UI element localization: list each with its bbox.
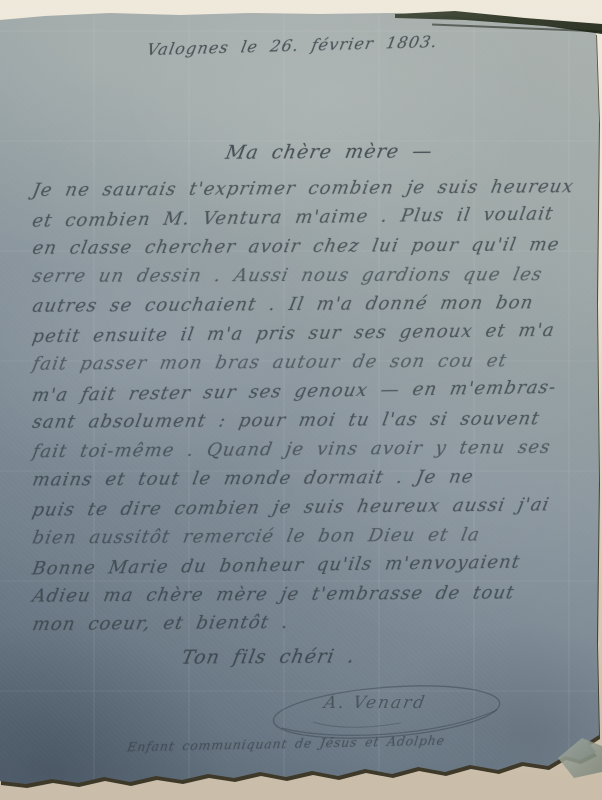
signature-underline <box>312 722 401 727</box>
body-line: Je ne saurais t'exprimer combien je suis… <box>31 176 576 201</box>
letter-paper: Valognes le 26. février 1803. Ma chère m… <box>0 0 602 800</box>
body-line: bien aussitôt remercié le bon Dieu et la <box>31 524 482 548</box>
body-line: Adieu ma chère mère je t'embrasse de tou… <box>31 582 517 606</box>
body-line: puis te dire combien je suis heureux aus… <box>30 494 551 520</box>
body-line: en classe chercher avoir chez lui pour q… <box>31 234 562 259</box>
body-line: autres se couchaient . Il m'a donné mon … <box>31 292 536 316</box>
body-line: mon coeur, et bientôt . <box>31 612 291 635</box>
body-line: serre un dessin . Aussi nous gardions qu… <box>31 264 545 287</box>
body-line: m'a fait rester sur ses genoux — en m'em… <box>30 377 558 406</box>
body-line: sant absolument : pour moi tu l'as si so… <box>31 408 542 433</box>
body-line: petit ensuite il m'a pris sur ses genoux… <box>31 320 557 347</box>
signature-paraph-stroke <box>280 710 496 735</box>
closing-valediction: Ton fils chéri . <box>180 645 357 668</box>
body-line: mains et tout le monde dormait . Je ne <box>31 466 476 490</box>
body-line: et combien M. Ventura m'aime . Plus il v… <box>31 203 556 231</box>
signature: A. Venard <box>320 693 427 713</box>
body-line: fait passer mon bras autour de son cou e… <box>31 350 509 374</box>
photo-backdrop: Valognes le 26. février 1803. Ma chère m… <box>0 0 602 800</box>
body-line: fait toi-même . Quand je vins avoir y te… <box>31 437 552 463</box>
body-line: Bonne Marie du bonheur qu'ils m'envoyaie… <box>31 552 522 580</box>
